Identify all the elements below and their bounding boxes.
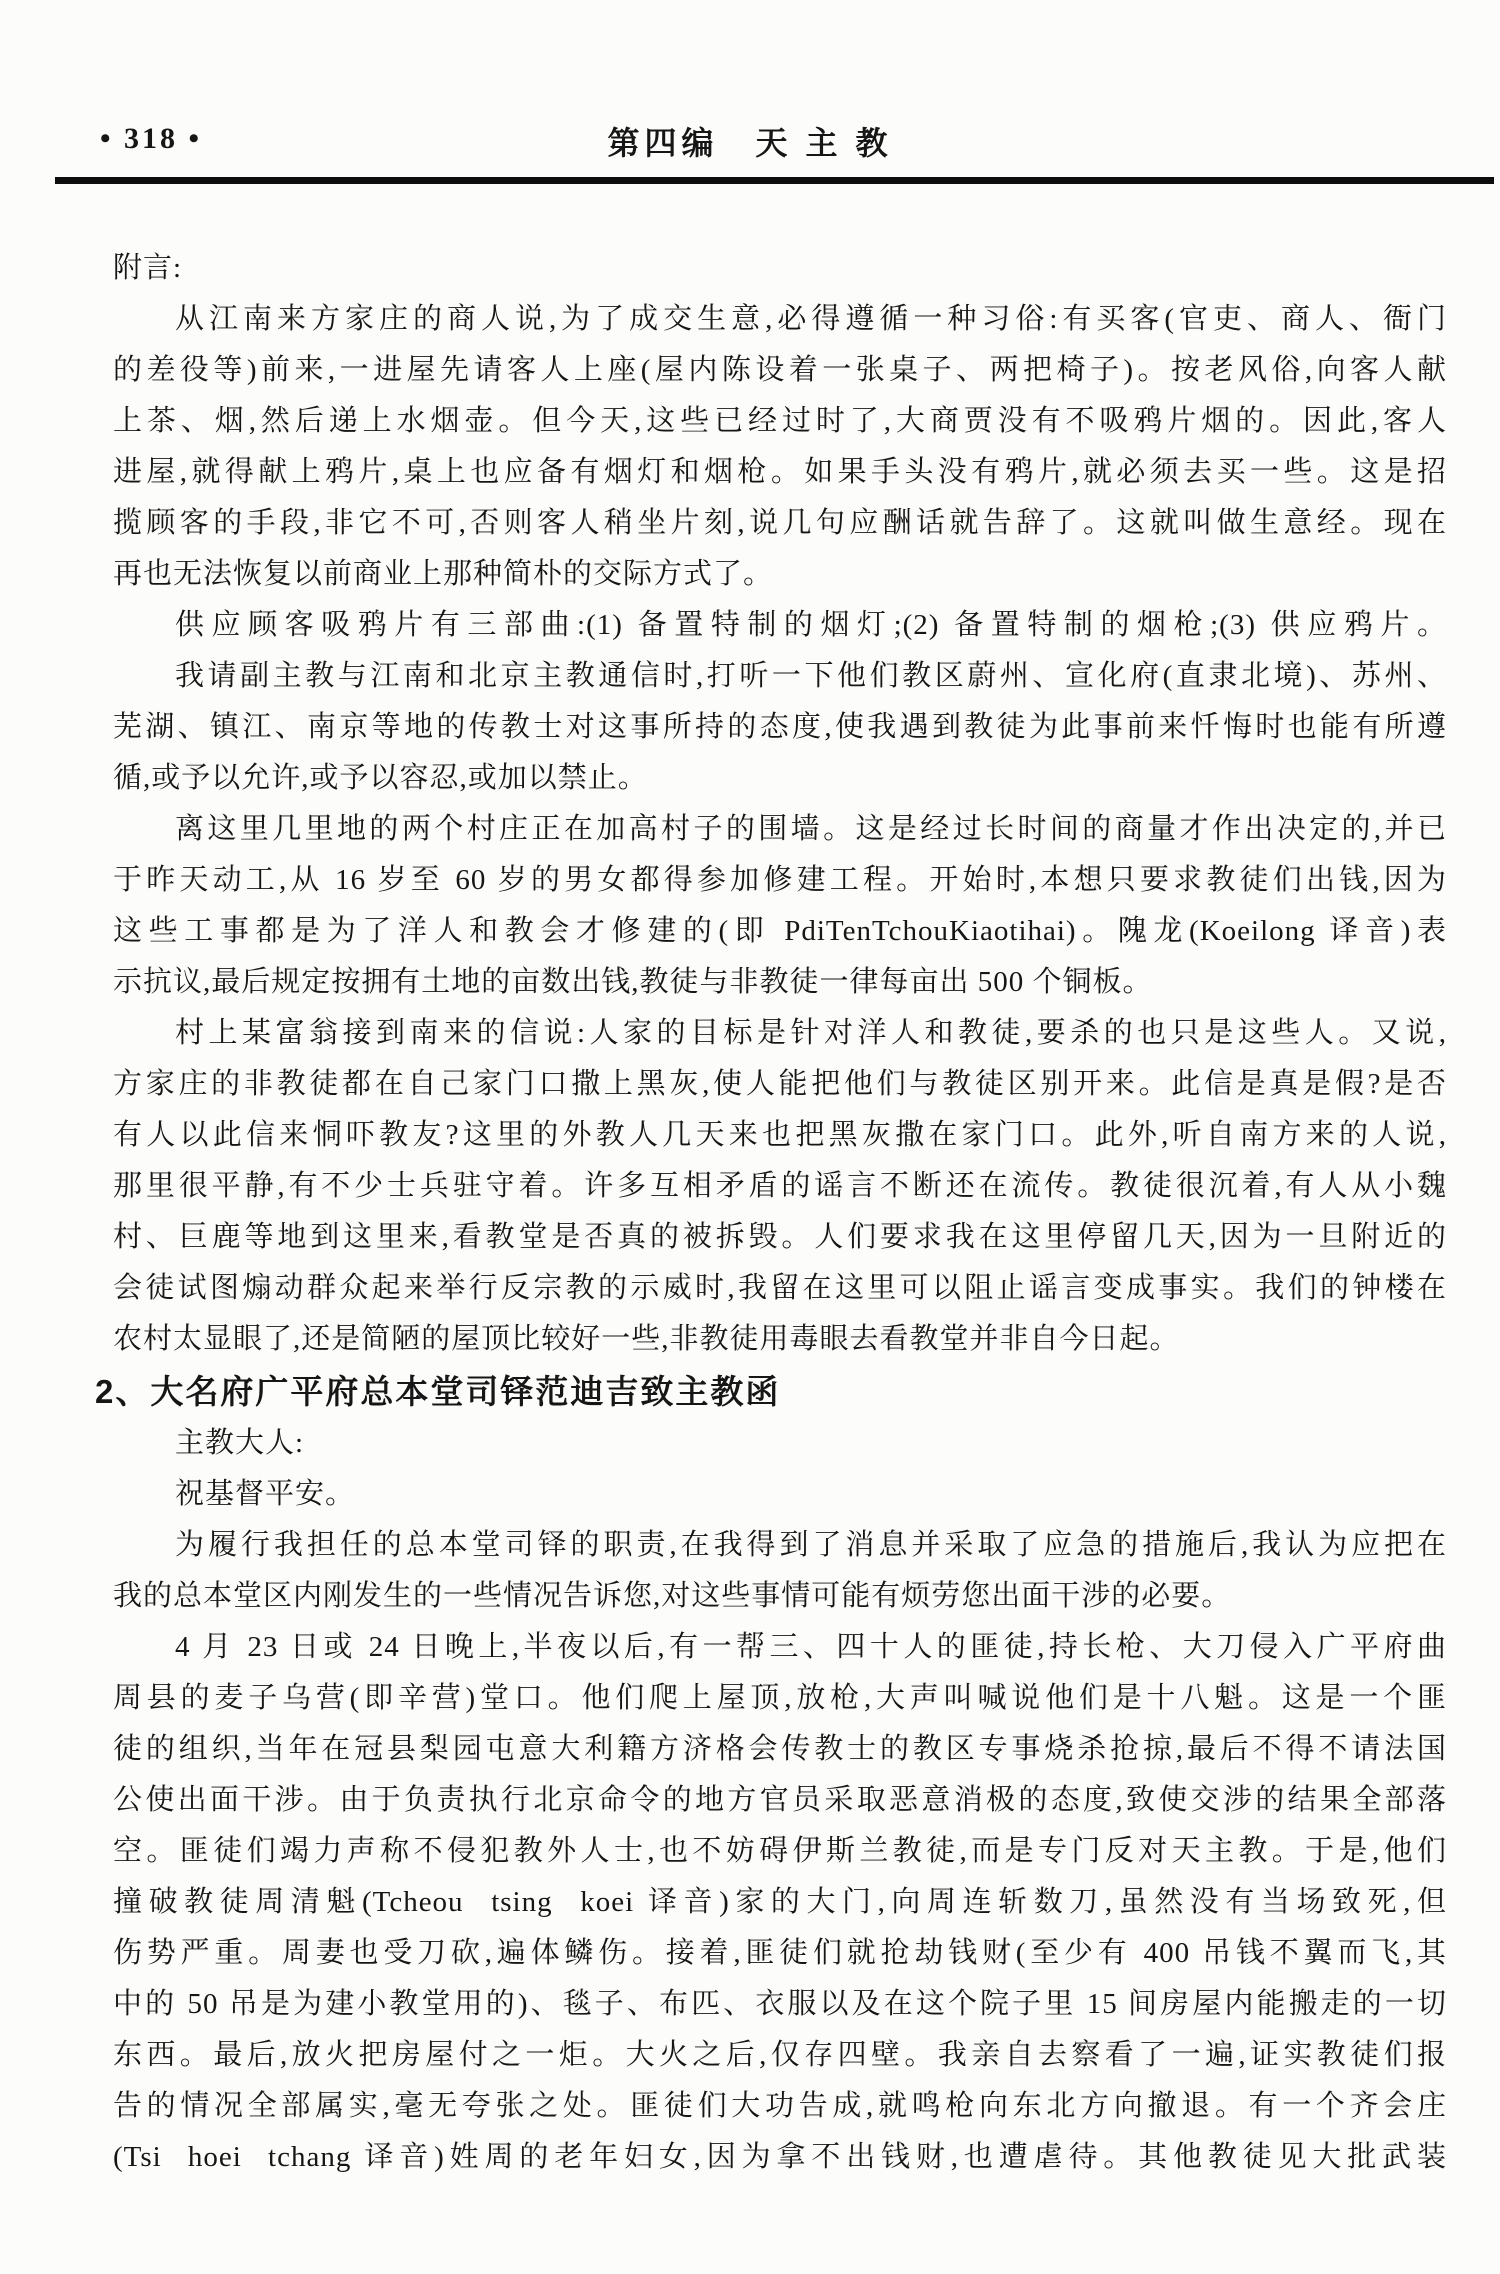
section-heading: 2、大名府广平府总本堂司铎范迪吉致主教函	[95, 1365, 1447, 1418]
text-line: 离这里几里地的两个村庄正在加高村子的围墙。这是经过长时间的商量才作出决定的,并已	[113, 804, 1447, 855]
text-line: 于昨天动工,从 16 岁至 60 岁的男女都得参加修建工程。开始时,本想只要求教…	[113, 855, 1447, 906]
text-line: 揽顾客的手段,非它不可,否则客人稍坐片刻,说几句应酬话就告辞了。这就叫做生意经。…	[113, 498, 1447, 549]
page-header: • 318 • 第四编 天 主 教	[0, 118, 1500, 166]
text-line: 供应顾客吸鸦片有三部曲:(1) 备置特制的烟灯;(2) 备置特制的烟枪;(3) …	[113, 600, 1447, 651]
text-line: 会徒试图煽动群众起来举行反宗教的示威时,我留在这里可以阻止谣言变成事实。我们的钟…	[113, 1263, 1447, 1314]
text-line: (Tsi hoei tchang 译音)姓周的老年妇女,因为拿不出钱财,也遭虐待…	[113, 2132, 1447, 2183]
book-page: • 318 • 第四编 天 主 教 附言:从江南来方家庄的商人说,为了成交生意,…	[0, 0, 1500, 2274]
text-line: 有人以此信来恫吓教友?这里的外教人几天来也把黑灰撒在家门口。此外,听自南方来的人…	[113, 1110, 1447, 1161]
text-line: 那里很平静,有不少士兵驻守着。许多互相矛盾的谣言不断还在流传。教徒很沉着,有人从…	[113, 1161, 1447, 1212]
text-line: 伤势严重。周妻也受刀砍,遍体鳞伤。接着,匪徒们就抢劫钱财(至少有 400 吊钱不…	[113, 1928, 1447, 1979]
text-line: 我的总本堂区内刚发生的一些情况告诉您,对这些事情可能有烦劳您出面干涉的必要。	[113, 1571, 1447, 1622]
text-line: 循,或予以允许,或予以容忍,或加以禁止。	[113, 753, 1447, 804]
text-line: 徒的组织,当年在冠县梨园屯意大利籍方济格会传教士的教区专事烧杀抢掠,最后不得不请…	[113, 1724, 1447, 1775]
text-line: 的差役等)前来,一进屋先请客人上座(屋内陈设着一张桌子、两把椅子)。按老风俗,向…	[113, 345, 1447, 396]
text-line: 附言:	[113, 243, 1447, 294]
text-line: 上茶、烟,然后递上水烟壶。但今天,这些已经过时了,大商贾没有不吸鸦片烟的。因此,…	[113, 396, 1447, 447]
text-line: 主教大人:	[113, 1418, 1447, 1469]
text-line: 4 月 23 日或 24 日晚上,半夜以后,有一帮三、四十人的匪徒,持长枪、大刀…	[113, 1622, 1447, 1673]
text-line: 撞破教徒周清魁(Tcheou tsing koei 译音)家的大门,向周连斩数刀…	[113, 1877, 1447, 1928]
text-line: 方家庄的非教徒都在自己家门口撒上黑灰,使人能把他们与教徒区别开来。此信是真是假?…	[113, 1059, 1447, 1110]
chapter-title: 第四编 天 主 教	[0, 118, 1500, 164]
text-line: 为履行我担任的总本堂司铎的职责,在我得到了消息并采取了应急的措施后,我认为应把在	[113, 1520, 1447, 1571]
text-line: 芜湖、镇江、南京等地的传教士对这事所持的态度,使我遇到教徒为此事前来忏悔时也能有…	[113, 702, 1447, 753]
header-rule	[55, 177, 1494, 184]
text-line: 周县的麦子乌营(即辛营)堂口。他们爬上屋顶,放枪,大声叫喊说他们是十八魁。这是一…	[113, 1673, 1447, 1724]
text-line: 进屋,就得献上鸦片,桌上也应备有烟灯和烟枪。如果手头没有鸦片,就必须去买一些。这…	[113, 447, 1447, 498]
text-line: 祝基督平安。	[113, 1469, 1447, 1520]
text-line: 农村太显眼了,还是简陋的屋顶比较好一些,非教徒用毒眼去看教堂并非自今日起。	[113, 1314, 1447, 1365]
text-line: 从江南来方家庄的商人说,为了成交生意,必得遵循一种习俗:有买客(官吏、商人、衙门	[113, 294, 1447, 345]
text-line: 村上某富翁接到南来的信说:人家的目标是针对洋人和教徒,要杀的也只是这些人。又说,	[113, 1008, 1447, 1059]
text-line: 我请副主教与江南和北京主教通信时,打听一下他们教区蔚州、宣化府(直隶北境)、苏州…	[113, 651, 1447, 702]
text-line: 告的情况全部属实,毫无夸张之处。匪徒们大功告成,就鸣枪向东北方向撤退。有一个齐会…	[113, 2081, 1447, 2132]
text-line: 再也无法恢复以前商业上那种简朴的交际方式了。	[113, 549, 1447, 600]
text-line: 东西。最后,放火把房屋付之一炬。大火之后,仅存四壁。我亲自去察看了一遍,证实教徒…	[113, 2030, 1447, 2081]
text-line: 中的 50 吊是为建小教堂用的)、毯子、布匹、衣服以及在这个院子里 15 间房屋…	[113, 1979, 1447, 2030]
text-line: 这些工事都是为了洋人和教会才修建的(即 PdiTenTchouKiaotihai…	[113, 906, 1447, 957]
document-body: 附言:从江南来方家庄的商人说,为了成交生意,必得遵循一种习俗:有买客(官吏、商人…	[113, 243, 1447, 2183]
text-line: 村、巨鹿等地到这里来,看教堂是否真的被拆毁。人们要求我在这里停留几天,因为一旦附…	[113, 1212, 1447, 1263]
text-line: 示抗议,最后规定按拥有土地的亩数出钱,教徒与非教徒一律每亩出 500 个铜板。	[113, 957, 1447, 1008]
text-line: 公使出面干涉。由于负责执行北京命令的地方官员采取恶意消极的态度,致使交涉的结果全…	[113, 1775, 1447, 1826]
text-line: 空。匪徒们竭力声称不侵犯教外人士,也不妨碍伊斯兰教徒,而是专门反对天主教。于是,…	[113, 1826, 1447, 1877]
